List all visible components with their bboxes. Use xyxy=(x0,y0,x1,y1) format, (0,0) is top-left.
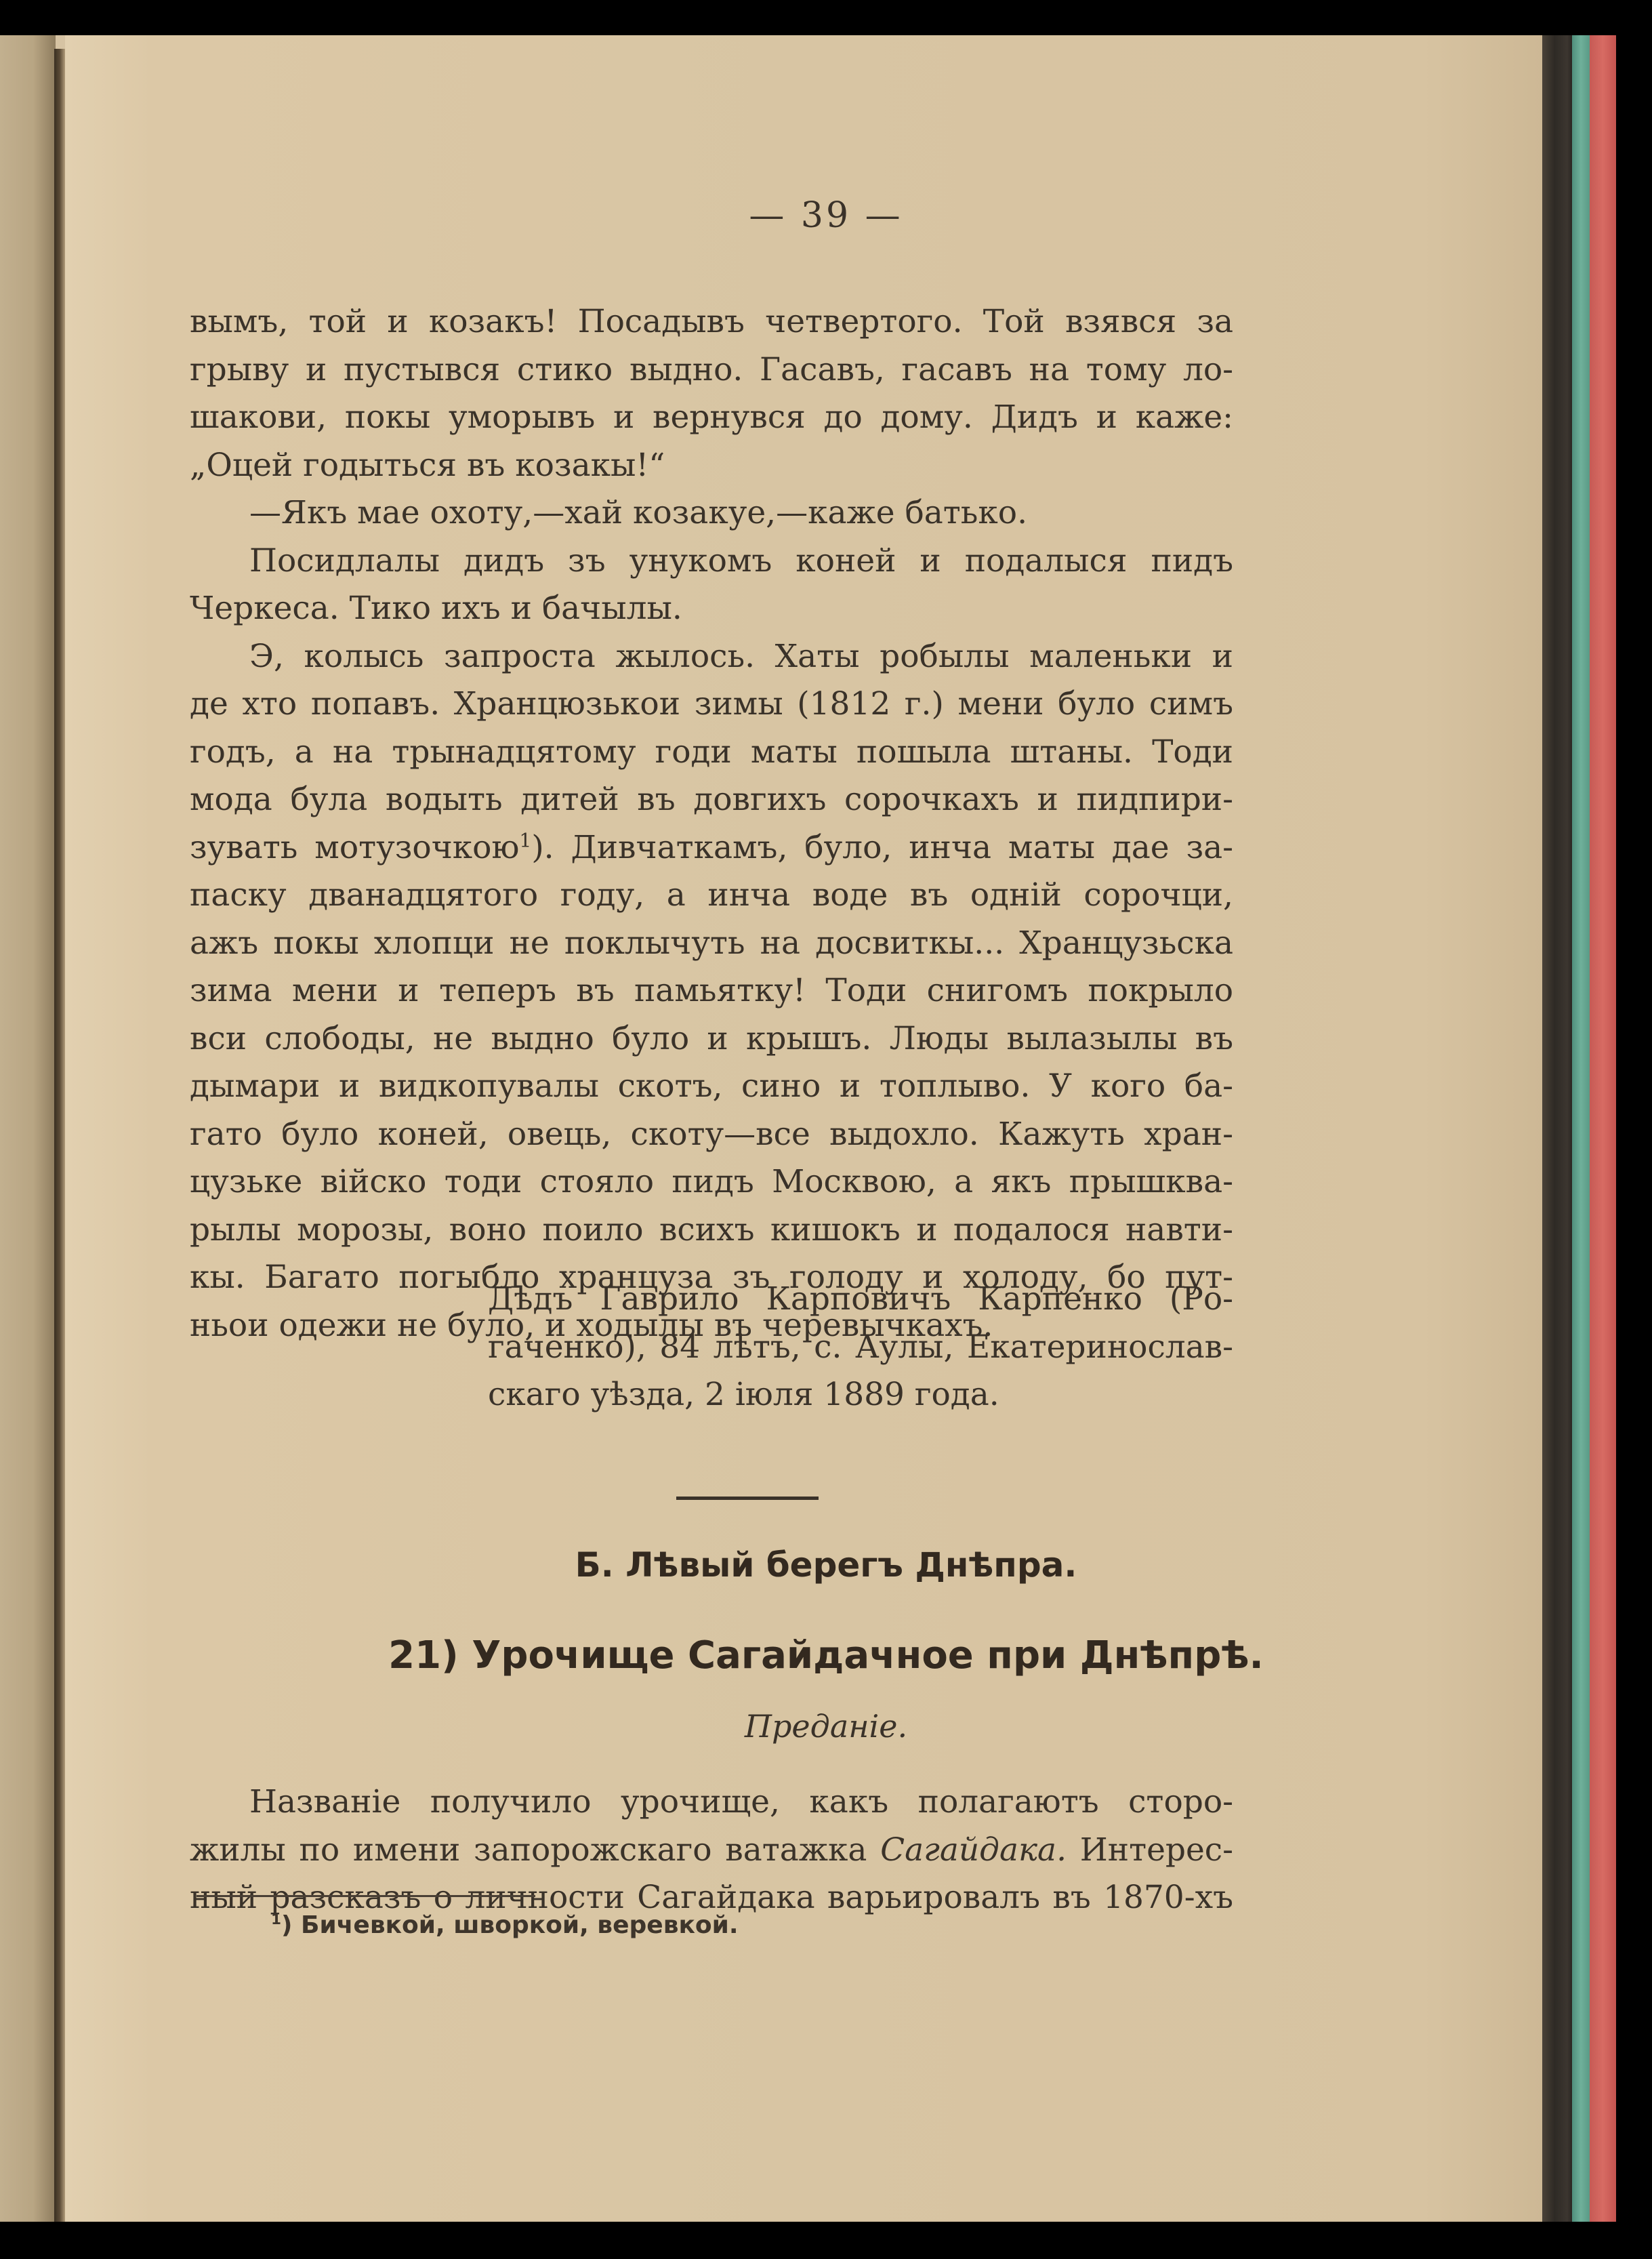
text-line: Черкеса. Тико ихъ и бачылы. xyxy=(190,585,1233,633)
section-divider xyxy=(676,1497,819,1500)
footnote-divider xyxy=(197,1895,535,1897)
text-line: зувать мотузочкою1). Дивчаткамъ, було, и… xyxy=(190,824,1233,872)
text-line: Э, колысь запроста жылось. Хаты робылы м… xyxy=(190,633,1233,681)
text-line: Дѣдъ Гаврило Карповичъ Карпенко (Ро- xyxy=(488,1276,1233,1324)
text-line: грыву и пустывся стико выдно. Гасавъ, га… xyxy=(190,346,1233,394)
page-number: — 39 — xyxy=(0,195,1652,236)
text-line: Названiе получило урочище, какъ полагают… xyxy=(190,1778,1233,1827)
text-line: рылы морозы, воно поило всихъ кишокъ и п… xyxy=(190,1206,1233,1255)
text-line: гаченко), 84 лѣтъ, с. Аулы, Екатериносла… xyxy=(488,1324,1233,1372)
text-line: мода була водыть дитей въ довгихъ сорочк… xyxy=(190,776,1233,824)
section-paragraph: Названiе получило урочище, какъ полагают… xyxy=(190,1778,1233,1922)
text-line: скаго уѣзда, 2 iюля 1889 года. xyxy=(488,1371,1233,1419)
footnote: 1) Бичевкой, шворкой, веревкой. xyxy=(271,1911,739,1939)
text-line: гато було коней, овець, скоту—все выдохл… xyxy=(190,1111,1233,1159)
page-block-edge xyxy=(1542,35,1573,2222)
text-line: вси слободы, не выдно було и крышъ. Люды… xyxy=(190,1015,1233,1063)
text-line: шакови, покы уморывъ и вернувся до дому.… xyxy=(190,394,1233,442)
text-line: Посидлалы дидъ зъ унукомъ коней и подалы… xyxy=(190,537,1233,586)
footnote-marker: 1 xyxy=(271,1911,281,1928)
book-gutter xyxy=(54,49,65,2222)
text-line: ажъ покы хлопци не поклычуть на досвиткы… xyxy=(190,920,1233,968)
story-text: вымъ, той и козакъ! Посадывъ четвертого.… xyxy=(190,298,1233,1349)
emphasis-name: Сагайдака. xyxy=(880,1831,1067,1869)
text-line: годъ, а на трынадцятому годи маты пошыла… xyxy=(190,729,1233,777)
text-line: де хто попавъ. Хранцюзькои зимы (1812 г.… xyxy=(190,680,1233,729)
informant-signature: Дѣдъ Гаврило Карповичъ Карпенко (Ро- гач… xyxy=(488,1276,1233,1419)
text-line: паску дванадцятого году, а инча воде въ … xyxy=(190,872,1233,920)
red-cover-edge xyxy=(1590,35,1616,2222)
chapter-title: 21) Урочище Сагайдачное при Днѣпрѣ. xyxy=(0,1633,1652,1677)
teal-bookmark-edge xyxy=(1572,35,1590,2222)
text-line: вымъ, той и козакъ! Посадывъ четвертого.… xyxy=(190,298,1233,346)
chapter-subtitle: Преданiе. xyxy=(0,1708,1652,1745)
text-line: жилы по имени запорожскаго ватажка Сагай… xyxy=(190,1827,1233,1875)
footnote-ref[interactable]: 1 xyxy=(519,829,531,851)
left-page-edge xyxy=(0,35,56,2222)
section-heading: Б. Лѣвый берегъ Днѣпра. xyxy=(0,1545,1652,1585)
text-line: цузьке вiйско тоди стояло пидъ Москвою, … xyxy=(190,1158,1233,1206)
text-line: дымари и видкопувалы скотъ, сино и топлы… xyxy=(190,1063,1233,1111)
text-line: зима мени и теперъ въ памьятку! Тоди сни… xyxy=(190,967,1233,1015)
text-line: „Оцей годыться въ козакы!“ xyxy=(190,442,1233,490)
text-line: —Якъ мае охоту,—хай козакуе,—каже батько… xyxy=(190,489,1233,537)
